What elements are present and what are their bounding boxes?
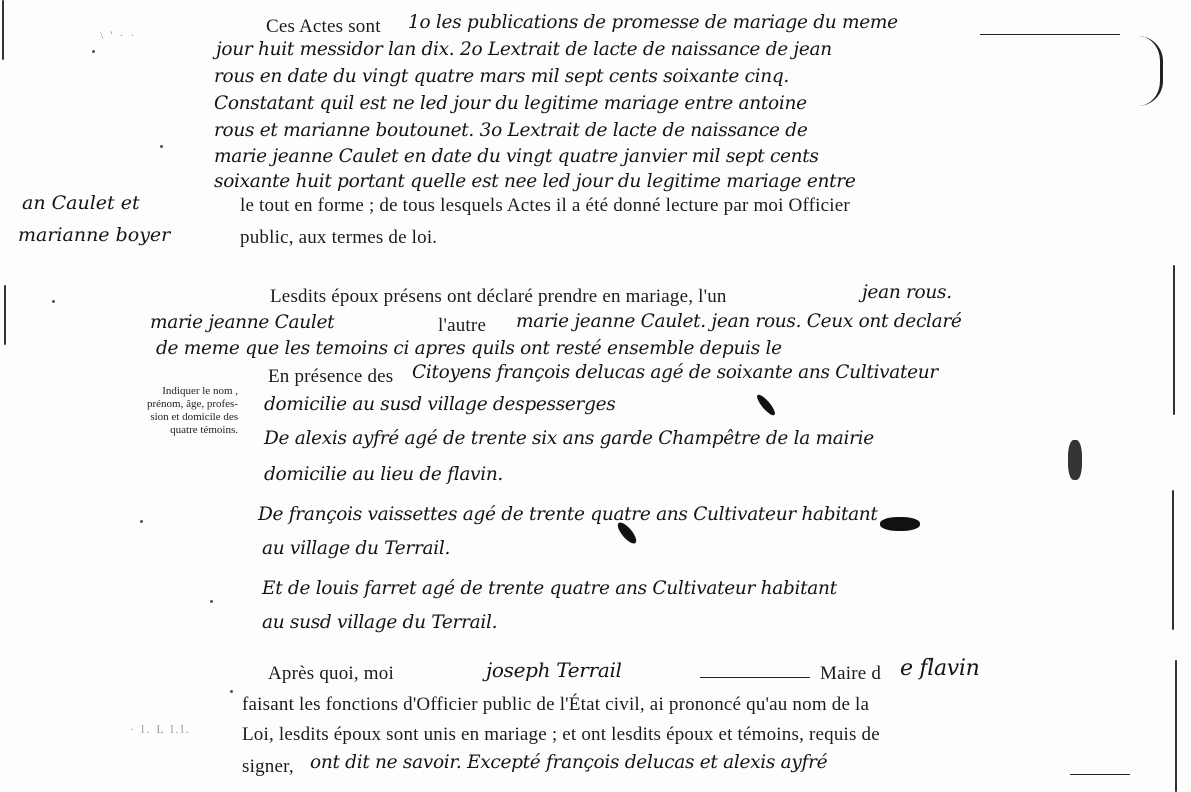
register-page: \ ' · · · l. L l.l. Ces Actes sont 1o le… — [0, 0, 1191, 792]
printed-declaration-intro: Lesdits époux présens ont déclaré prendr… — [270, 287, 727, 306]
margin-rule — [1175, 660, 1177, 792]
margin-rule — [1172, 490, 1174, 630]
witness-line: De alexis ayfré agé de trente six ans ga… — [264, 430, 874, 449]
witness-line: Citoyens françois delucas agé de soixant… — [412, 364, 938, 383]
paper-speck — [52, 300, 55, 303]
paper-speck — [140, 520, 143, 523]
ink-blot — [1068, 440, 1082, 480]
note-line: Indiquer le nom , — [78, 385, 238, 398]
margin-rule — [1173, 265, 1175, 415]
handwritten-line: rous en date du vingt quatre mars mil se… — [214, 68, 789, 87]
handwritten-groom-name: jean rous. — [862, 284, 952, 303]
note-line: sion et domicile des — [78, 411, 238, 424]
handwritten-line: 1o les publications de promesse de maria… — [408, 14, 898, 33]
paper-speck — [230, 690, 233, 693]
handwritten-line: de meme que les temoins ci apres quils o… — [156, 340, 782, 359]
printed-line: le tout en forme ; de tous lesquels Acte… — [240, 196, 850, 215]
printed-signer: signer, — [242, 757, 294, 776]
margin-rule — [2, 0, 4, 60]
margin-handwritten: marianne boyer — [18, 226, 170, 245]
printed-witness-intro: En présence des — [268, 367, 393, 386]
paper-speck — [210, 600, 213, 603]
printed-lautre: l'autre — [438, 316, 486, 335]
printed-line: faisant les fonctions d'Officier public … — [242, 695, 869, 714]
handwritten-line: marie jeanne Caulet. jean rous. Ceux ont… — [516, 313, 962, 332]
handwritten-line: rous et marianne boutounet. 3o Lextrait … — [214, 122, 807, 141]
printed-intro-actes: Ces Actes sont — [266, 17, 381, 36]
handwritten-commune: e flavin — [900, 658, 980, 680]
margin-handwritten: an Caulet et — [22, 194, 140, 213]
handwritten-line: jour huit messidor lan dix. 2o Lextrait … — [216, 41, 832, 60]
margin-rule — [4, 285, 6, 345]
handwritten-bride-name: marie jeanne Caulet — [150, 314, 334, 333]
handwritten-line: marie jeanne Caulet en date du vingt qua… — [214, 148, 819, 167]
printed-closing-intro: Après quoi, moi — [268, 664, 394, 683]
printed-line: Loi, lesdits époux sont unis en mariage … — [242, 725, 880, 744]
witness-line: au susd village du Terrail. — [262, 614, 497, 633]
handwritten-mayor-name: joseph Terrail — [486, 660, 622, 680]
handwritten-line: soixante huit portant quelle est nee led… — [214, 173, 856, 192]
ink-blot — [880, 517, 920, 531]
witness-line: au village du Terrail. — [262, 540, 450, 559]
witness-line: domicilie au susd village despesserges — [264, 396, 615, 415]
paper-speck — [160, 145, 163, 148]
witness-line: De françois vaissettes agé de trente qua… — [258, 506, 878, 525]
handwritten-line: Constatant quil est ne led jour du legit… — [214, 95, 807, 114]
witness-line: Et de louis farret agé de trente quatre … — [262, 580, 837, 599]
ink-blot — [755, 392, 778, 417]
handwritten-signature-note: ont dit ne savoir. Excepté françois delu… — [310, 754, 827, 773]
blank-rule — [700, 677, 810, 678]
underline-rule — [980, 34, 1120, 35]
note-line: prénom, âge, profes- — [78, 398, 238, 411]
paper-speck — [92, 50, 95, 53]
witness-line: domicilie au lieu de flavin. — [264, 466, 503, 485]
margin-instruction-note: Indiquer le nom , prénom, âge, profes- s… — [78, 385, 238, 437]
bleed-through-marks: \ ' · · — [100, 28, 137, 43]
printed-line: public, aux termes de loi. — [240, 228, 437, 247]
bleed-through-marks: · l. L l.l. — [130, 722, 191, 737]
note-line: quatre témoins. — [78, 424, 238, 437]
bracket-mark — [1138, 36, 1163, 106]
underline-rule — [1070, 774, 1130, 775]
printed-maire: Maire d — [820, 664, 881, 683]
